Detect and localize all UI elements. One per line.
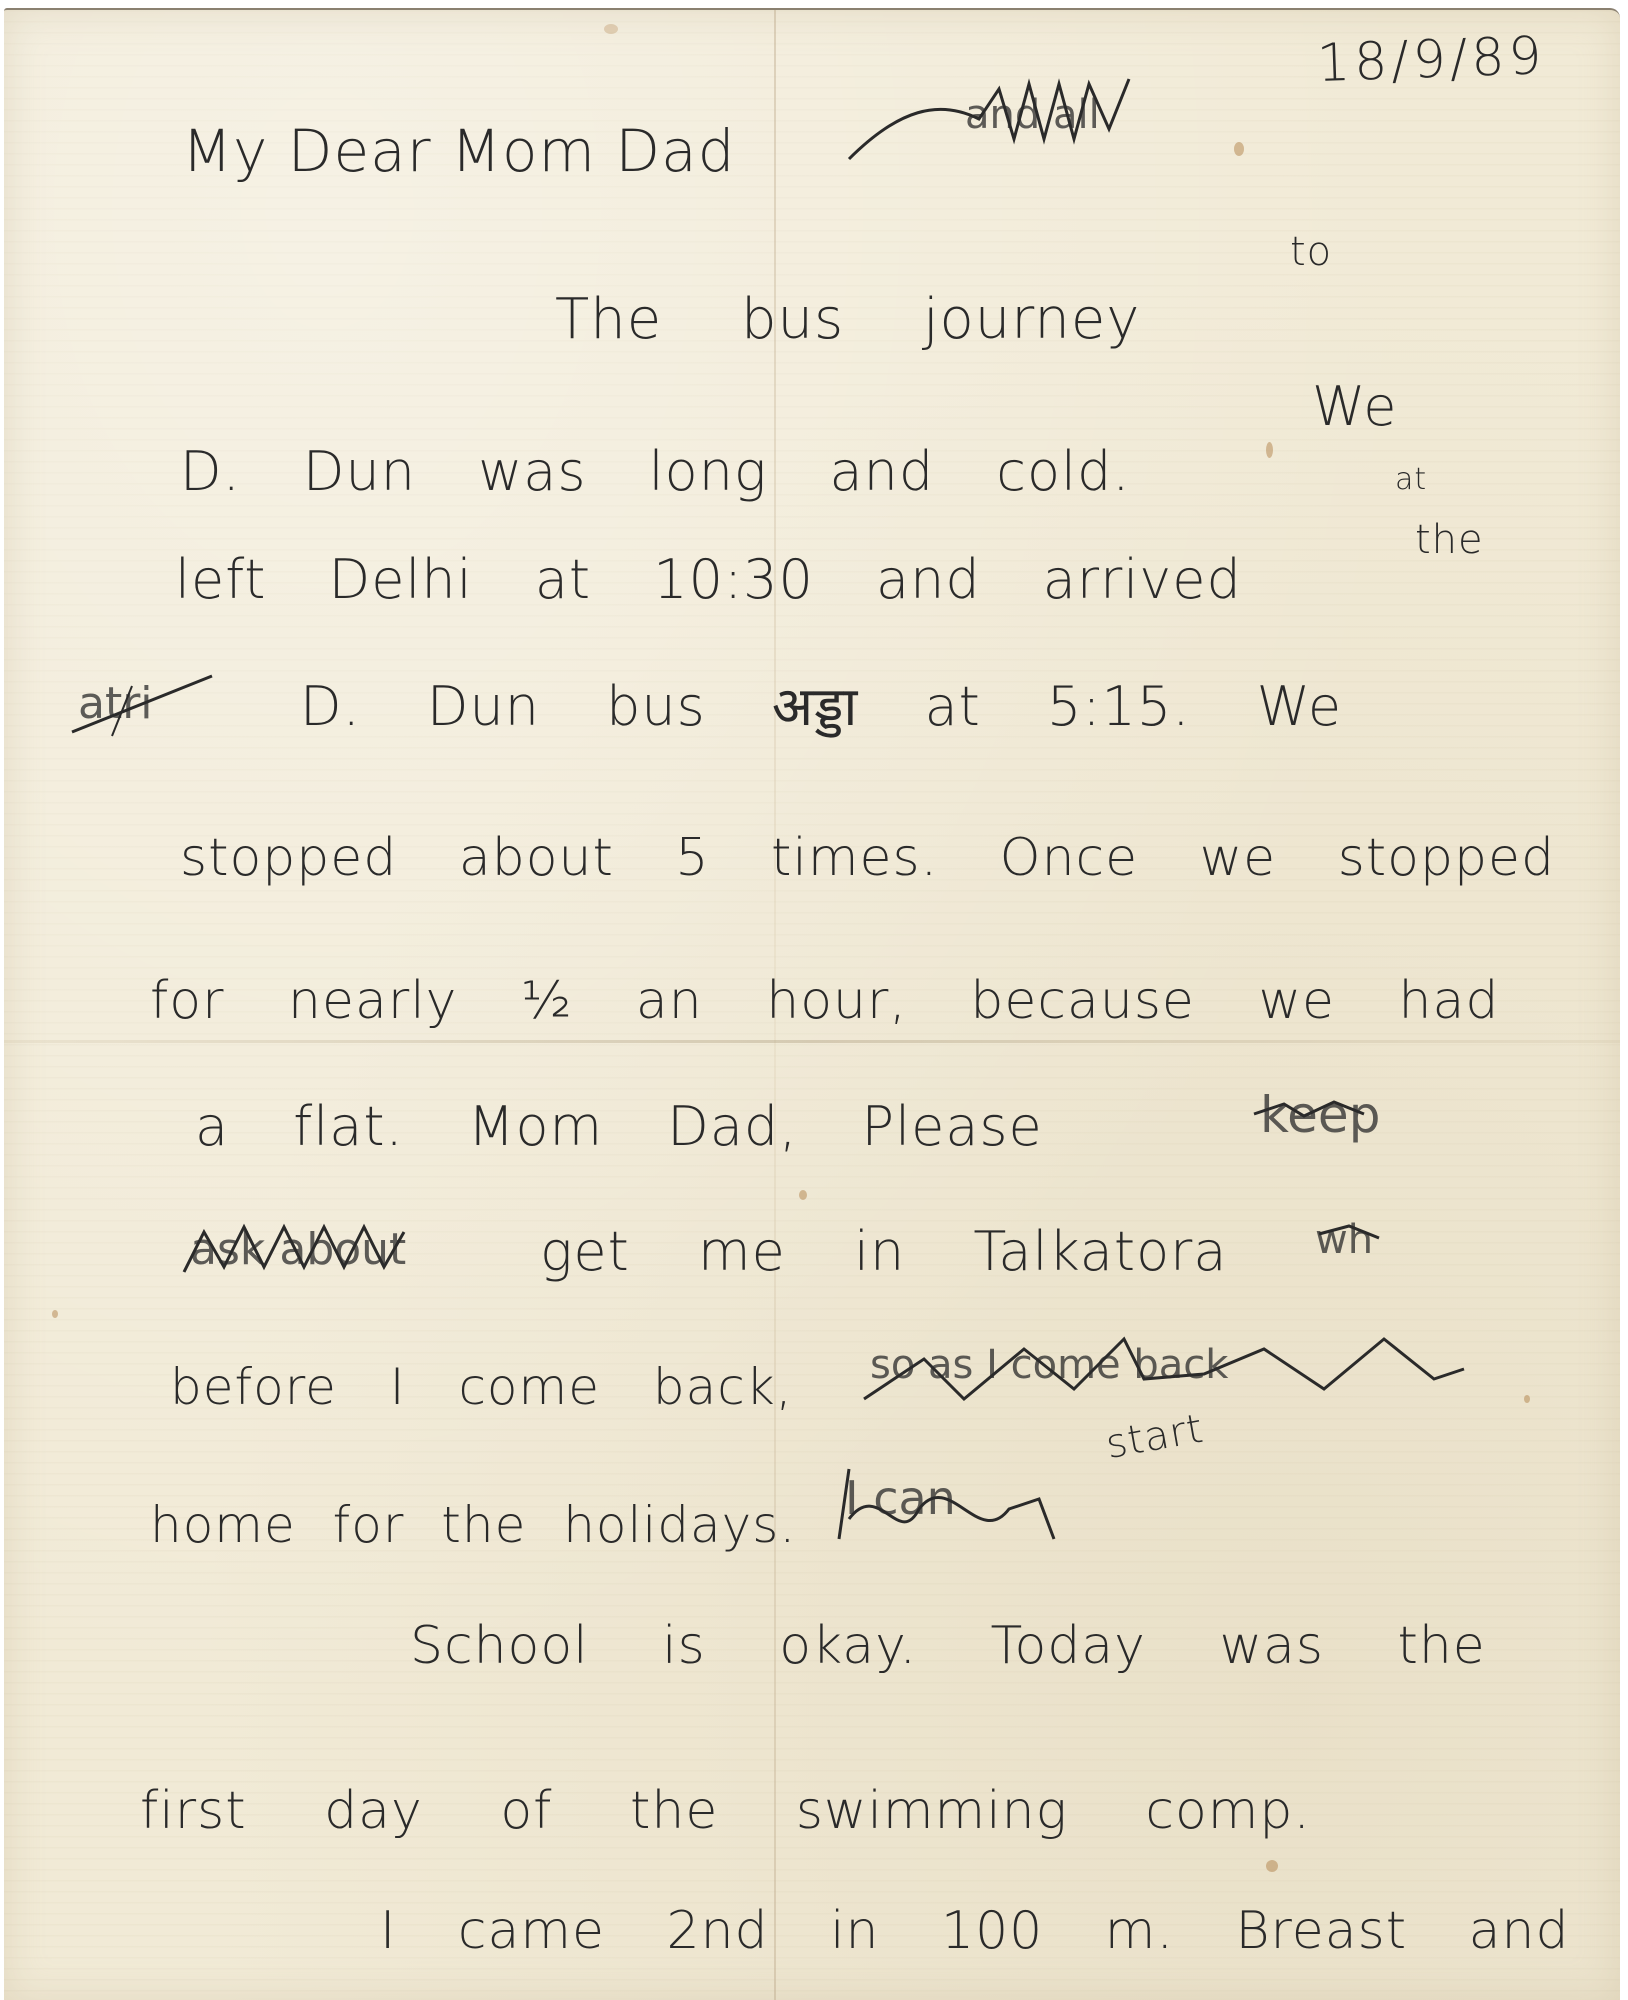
scribble-strike-icon — [864, 1329, 1484, 1419]
letter-line: before I come back, — [170, 1362, 793, 1412]
stain-mark — [52, 1310, 58, 1318]
letter-line: I came 2nd in 100 m. Breast and — [380, 1905, 1569, 1957]
stain-mark — [604, 24, 618, 34]
crossed-out-word: I can — [845, 1475, 956, 1521]
scribble-strike-icon — [1254, 1074, 1384, 1144]
stain-mark — [1234, 142, 1244, 156]
stain-mark — [799, 1190, 807, 1200]
crossed-out-word: and all — [965, 95, 1100, 135]
letter-line: for nearly ½ an hour, because we had — [150, 975, 1499, 1027]
crossed-out-word: keep — [1260, 1090, 1380, 1140]
scribble-strike-icon — [184, 1212, 424, 1282]
insert-caret-word: the — [1415, 520, 1484, 560]
scribble-strike-icon — [839, 1459, 1079, 1549]
letter-line: home for the holidays. — [150, 1500, 796, 1550]
letter-line: left Delhi at 10:30 and arrived — [175, 553, 1242, 607]
insert-above: at — [1395, 465, 1427, 495]
letter-line: The bus journey — [555, 292, 1140, 348]
stain-mark — [1524, 1395, 1530, 1403]
letter-line: a flat. Mom Dad, Please — [195, 1100, 1043, 1154]
letter-line: D. Dun was long and cold. — [180, 445, 1130, 499]
stain-mark — [1266, 1860, 1278, 1872]
letter-line: D. Dun bus अड्डा at 5:15. We — [300, 680, 1342, 734]
stain-mark — [1266, 442, 1273, 458]
crossed-out-word: ask about — [190, 1228, 406, 1272]
letter-line: get me in Talkatora — [540, 1225, 1227, 1279]
scribble-strike-icon — [1309, 1204, 1399, 1264]
letter-line: first day of the swimming comp. — [140, 1785, 1311, 1837]
horizontal-fold-crease — [4, 1040, 1620, 1043]
scribble-strike-icon — [959, 79, 1199, 159]
salutation: My Dear Mom Dad — [182, 122, 735, 180]
letter-line: stopped about 5 times. Once we stopped — [180, 832, 1555, 884]
letter-date: 18/9/89 — [1316, 30, 1546, 90]
crossed-out-word: so as I come back — [870, 1345, 1228, 1385]
crossed-out-word: atri — [78, 682, 153, 726]
scribble-strike-icon — [72, 666, 212, 736]
insert-above: to — [1290, 232, 1332, 272]
crossed-out-word: wh — [1315, 1220, 1373, 1260]
letter-line-continuation: We — [1312, 380, 1397, 434]
letter-line: School is okay. Today was the — [410, 1620, 1486, 1672]
